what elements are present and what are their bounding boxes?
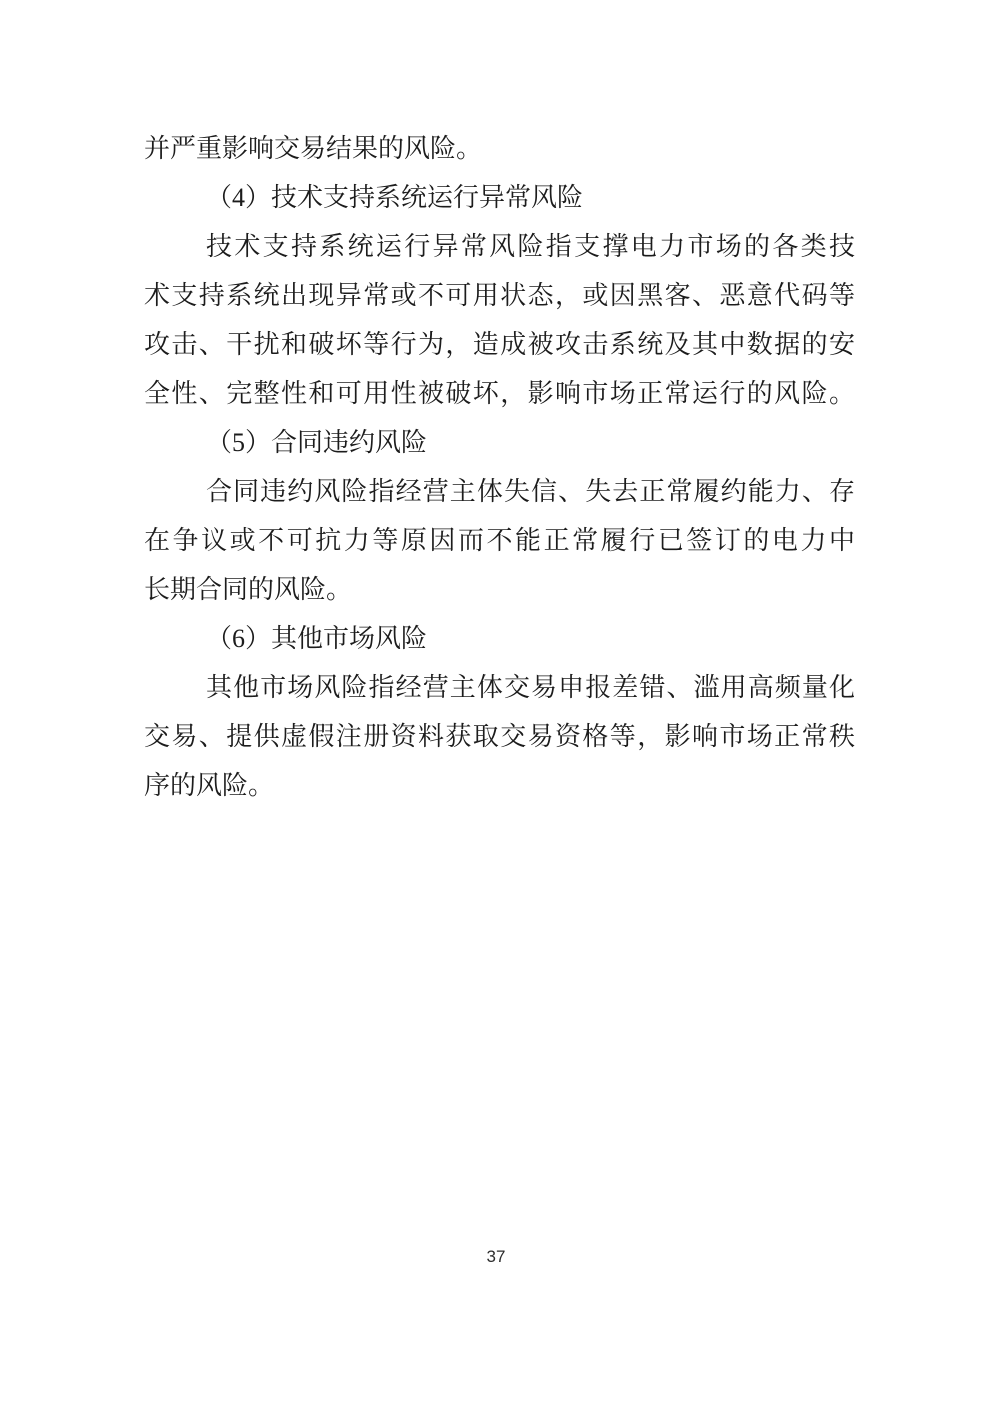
heading-line: （5）合同违约风险 xyxy=(144,418,855,467)
document-page: 并严重影响交易结果的风险。（4）技术支持系统运行异常风险技术支持系统运行异常风险… xyxy=(0,0,992,1403)
heading-line: （4）技术支持系统运行异常风险 xyxy=(144,173,855,222)
body-text-line: 其他市场风险指经营主体交易申报差错、滥用高频量化 xyxy=(144,663,855,712)
body-text-line: 序的风险。 xyxy=(144,761,855,810)
document-text-block: 并严重影响交易结果的风险。（4）技术支持系统运行异常风险技术支持系统运行异常风险… xyxy=(144,124,855,810)
body-text-line: 技术支持系统运行异常风险指支撑电力市场的各类技 xyxy=(144,222,855,271)
body-text-line: 攻击、干扰和破坏等行为，造成被攻击系统及其中数据的安 xyxy=(144,320,855,369)
body-text-line: 合同违约风险指经营主体失信、失去正常履约能力、存 xyxy=(144,467,855,516)
page-number: 37 xyxy=(0,1248,992,1265)
body-text-line: 全性、完整性和可用性被破坏，影响市场正常运行的风险。 xyxy=(144,369,855,418)
body-text-line: 交易、提供虚假注册资料获取交易资格等，影响市场正常秩 xyxy=(144,712,855,761)
body-text-line: 并严重影响交易结果的风险。 xyxy=(144,124,855,173)
body-text-line: 术支持系统出现异常或不可用状态，或因黑客、恶意代码等 xyxy=(144,271,855,320)
heading-line: （6）其他市场风险 xyxy=(144,614,855,663)
body-text-line: 长期合同的风险。 xyxy=(144,565,855,614)
body-text-line: 在争议或不可抗力等原因而不能正常履行已签订的电力中 xyxy=(144,516,855,565)
